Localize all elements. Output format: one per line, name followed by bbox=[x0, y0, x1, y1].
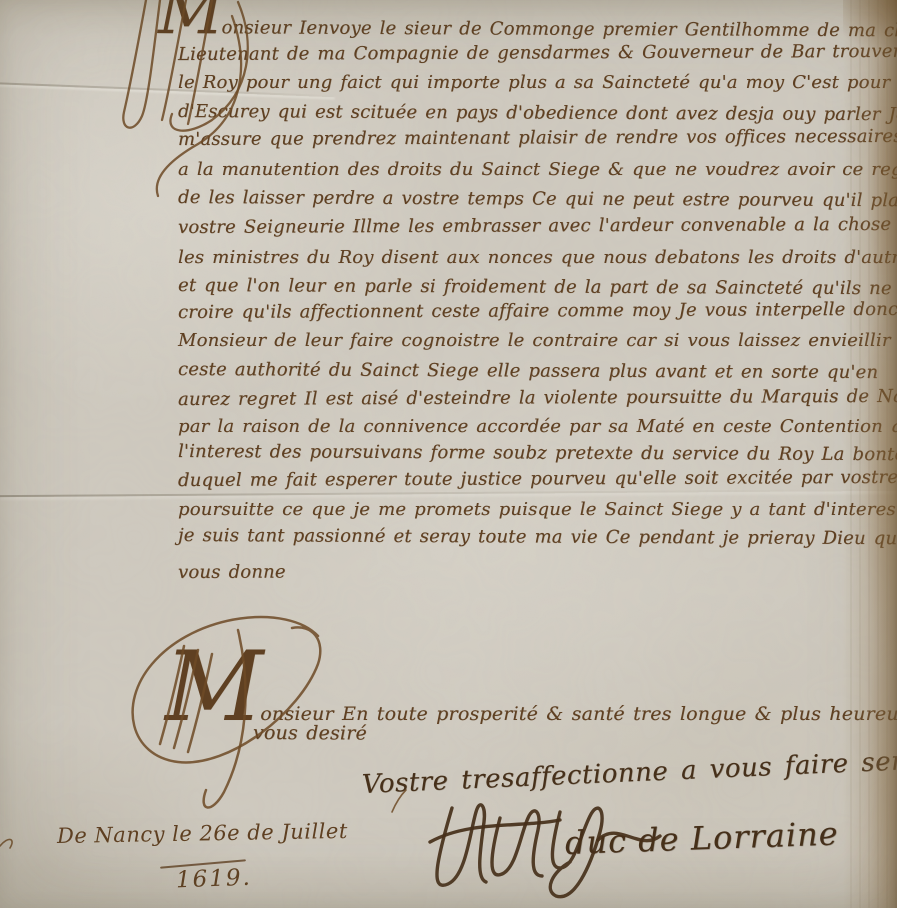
letter-line: je suis tant passionné et seray toute ma… bbox=[178, 523, 897, 552]
letter-line: ceste authorité du Sainct Siege elle pas… bbox=[178, 357, 878, 386]
closing-line: vous desiré bbox=[253, 720, 367, 746]
letter-line: aurez regret Il est aisé d'esteindre la … bbox=[178, 384, 897, 413]
letter-line: les ministres du Roy disent aux nonces q… bbox=[178, 245, 897, 271]
letter-line: le Roy pour ung faict qui importe plus a… bbox=[178, 70, 897, 96]
letter-line: Monsieur de leur faire cognoistre le con… bbox=[178, 328, 897, 354]
letter-line: vostre Seigneurie Illme les embrasser av… bbox=[178, 212, 897, 241]
letter-line: vous donne bbox=[178, 560, 286, 586]
letter-line: poursuitte ce que je me promets puisque … bbox=[178, 497, 897, 523]
letter-line: de les laisser perdre a vostre temps Ce … bbox=[178, 185, 897, 214]
letter-line: l'interest des poursuivans forme soubz p… bbox=[178, 439, 897, 468]
letter-line: m'assure que prendrez maintenant plaisir… bbox=[178, 124, 897, 153]
year-line: 1619. bbox=[176, 865, 253, 894]
place-date-line: De Nancy le 26e de Juillet bbox=[57, 819, 348, 848]
manuscript-page: Monsieur Ienvoye le sieur de Commonge pr… bbox=[0, 0, 897, 908]
letter-line: Lieutenant de ma Compagnie de gensdarmes… bbox=[178, 39, 897, 68]
letter-line: croire qu'ils affectionnent ceste affair… bbox=[178, 297, 897, 326]
letter-line: duquel me fait esperer toute justice pou… bbox=[178, 465, 897, 494]
letter-line: par la raison de la connivence accordée … bbox=[178, 414, 897, 440]
valediction-line: Vostre tresaffectionne a vous faire serv… bbox=[361, 744, 897, 800]
letter-line: a la manutention des droits du Sainct Si… bbox=[178, 157, 897, 183]
signature-title: duc de Lorraine bbox=[564, 814, 839, 862]
